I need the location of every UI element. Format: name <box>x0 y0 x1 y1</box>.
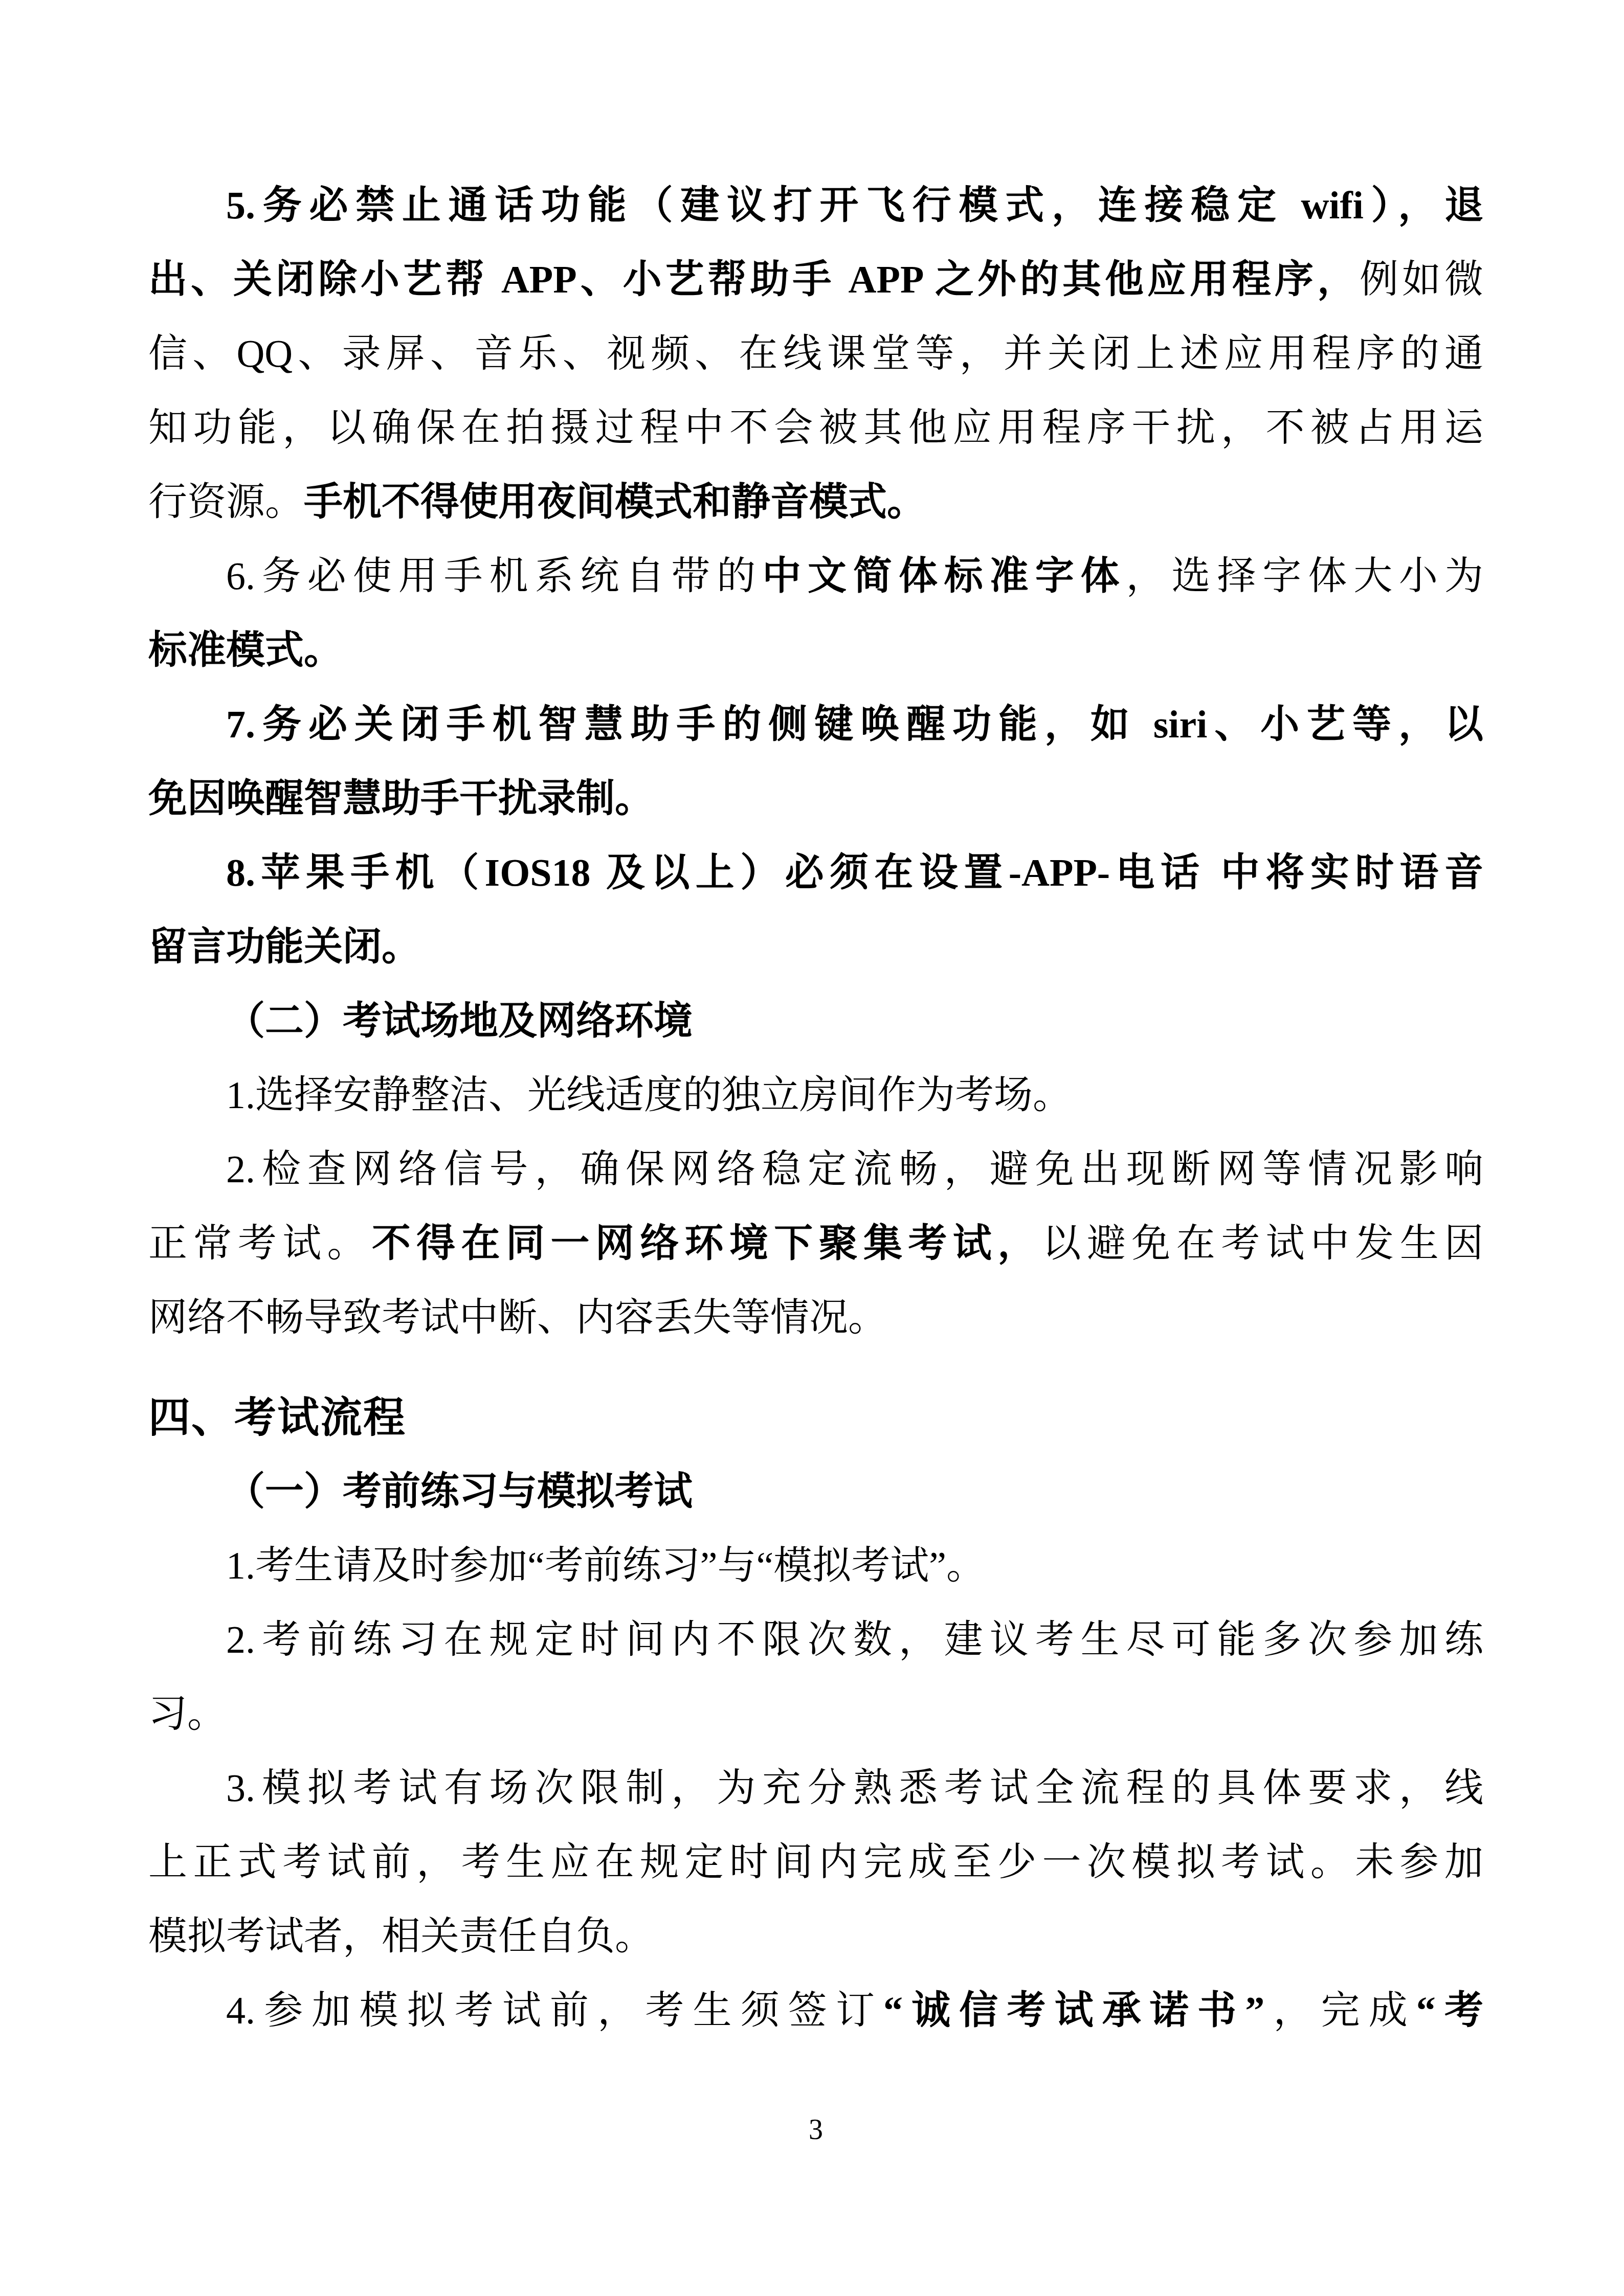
text-line: 7.务必关闭手机智慧助手的侧键唤醒功能，如 siri、小艺等，以 <box>148 688 1483 762</box>
text-line: 行资源。手机不得使用夜间模式和静音模式。 <box>148 465 1483 539</box>
text-line: 8.苹果手机（IOS18 及以上）必须在设置-APP-电话 中将实时语音 <box>148 836 1483 910</box>
text-line: 2.检查网络信号，确保网络稳定流畅，避免出现断网等情况影响 <box>148 1133 1483 1207</box>
text-run: 4.参加模拟考试前，考生须签订 <box>226 1989 883 2032</box>
text-run: 出、关闭除小艺帮 APP、小艺帮助手 APP 之外的其他应用程序， <box>148 258 1360 301</box>
text-line: 标准模式。 <box>148 614 1483 688</box>
text-line: 6.务必使用手机系统自带的中文简体标准字体，选择字体大小为 <box>148 539 1483 614</box>
text-run: 标准模式。 <box>148 629 343 672</box>
text-line: 模拟考试者，相关责任自负。 <box>148 1900 1483 1974</box>
text-run: 信、QQ、录屏、音乐、视频、在线课堂等，并关闭上述应用程序的通 <box>148 332 1483 375</box>
text-run: “诚信考试承诺书” <box>883 1989 1264 2032</box>
text-run: 1.考生请及时参加“考前练习”与“模拟考试”。 <box>226 1544 985 1587</box>
text-run: （二）考试场地及网络环境 <box>226 1000 693 1043</box>
page: { "page": { "number": "3", "background_c… <box>0 0 1624 2296</box>
text-run: ，完成 <box>1264 1989 1416 2032</box>
text-run: 正常考试。 <box>148 1222 372 1265</box>
text-run: 7.务必关闭手机智慧助手的侧键唤醒功能，如 siri、小艺等，以 <box>226 703 1483 746</box>
text-line: 3.模拟考试有场次限制，为充分熟悉考试全流程的具体要求，线 <box>148 1751 1483 1826</box>
sub-heading: （一）考前练习与模拟考试 <box>148 1455 1483 1529</box>
text-run: 2.检查网络信号，确保网络稳定流畅，避免出现断网等情况影响 <box>226 1148 1483 1191</box>
page-number: 3 <box>148 2109 1483 2150</box>
text-line: 网络不畅导致考试中断、内容丢失等情况。 <box>148 1281 1483 1355</box>
text-line: 2.考前练习在规定时间内不限次数，建议考生尽可能多次参加练 <box>148 1603 1483 1677</box>
text-run: 四、考试流程 <box>148 1394 406 1441</box>
text-line: 正常考试。不得在同一网络环境下聚集考试，以避免在考试中发生因 <box>148 1207 1483 1281</box>
text-line: 免因唤醒智慧助手干扰录制。 <box>148 762 1483 836</box>
text-line: 信、QQ、录屏、音乐、视频、在线课堂等，并关闭上述应用程序的通 <box>148 317 1483 391</box>
text-run: 知功能，以确保在拍摄过程中不会被其他应用程序干扰，不被占用运 <box>148 407 1483 449</box>
text-line: 留言功能关闭。 <box>148 910 1483 984</box>
text-run: ，选择字体大小为 <box>1126 555 1483 598</box>
text-line: 1.考生请及时参加“考前练习”与“模拟考试”。 <box>148 1529 1483 1603</box>
text-run: 手机不得使用夜间模式和静音模式。 <box>304 481 926 524</box>
text-run: 留言功能关闭。 <box>148 926 420 969</box>
text-line: 上正式考试前，考生应在规定时间内完成至少一次模拟考试。未参加 <box>148 1826 1483 1900</box>
text-line: 习。 <box>148 1677 1483 1751</box>
text-line: 4.参加模拟考试前，考生须签订“诚信考试承诺书”，完成“考 <box>148 1974 1483 2048</box>
text-line: 1.选择安静整洁、光线适度的独立房间作为考场。 <box>148 1059 1483 1133</box>
text-run: 以避免在考试中发生因 <box>1042 1222 1483 1265</box>
text-run: “考 <box>1416 1989 1483 2032</box>
text-run: 不得在同一网络环境下聚集考试， <box>372 1222 1042 1265</box>
text-line: 5.务必禁止通话功能（建议打开飞行模式，连接稳定 wifi），退 <box>148 169 1483 243</box>
text-run: 例如微 <box>1360 258 1483 301</box>
text-line: 出、关闭除小艺帮 APP、小艺帮助手 APP 之外的其他应用程序，例如微 <box>148 243 1483 317</box>
text-run: 上正式考试前，考生应在规定时间内完成至少一次模拟考试。未参加 <box>148 1841 1483 1884</box>
text-run: 模拟考试者，相关责任自负。 <box>148 1915 654 1958</box>
text-run: 8.苹果手机（IOS18 及以上）必须在设置-APP-电话 中将实时语音 <box>226 851 1483 894</box>
text-run: 行资源。 <box>148 481 304 524</box>
text-run: 6.务必使用手机系统自带的 <box>226 555 762 598</box>
text-run: 免因唤醒智慧助手干扰录制。 <box>148 777 654 820</box>
text-run: （一）考前练习与模拟考试 <box>226 1470 693 1513</box>
sub-heading: （二）考试场地及网络环境 <box>148 984 1483 1059</box>
text-run: 1.选择安静整洁、光线适度的独立房间作为考场。 <box>226 1074 1072 1117</box>
section-heading: 四、考试流程 <box>148 1381 1483 1455</box>
text-run: 习。 <box>148 1693 226 1736</box>
text-line: 知功能，以确保在拍摄过程中不会被其他应用程序干扰，不被占用运 <box>148 391 1483 465</box>
text-run: 5.务必禁止通话功能（建议打开飞行模式，连接稳定 wifi），退 <box>226 184 1483 227</box>
text-run: 网络不畅导致考试中断、内容丢失等情况。 <box>148 1296 887 1339</box>
text-run: 2.考前练习在规定时间内不限次数，建议考生尽可能多次参加练 <box>226 1618 1483 1661</box>
text-run: 3.模拟考试有场次限制，为充分熟悉考试全流程的具体要求，线 <box>226 1767 1483 1810</box>
text-run: 中文简体标准字体 <box>762 555 1126 598</box>
document-body: 5.务必禁止通话功能（建议打开飞行模式，连接稳定 wifi），退出、关闭除小艺帮… <box>148 169 1483 2150</box>
